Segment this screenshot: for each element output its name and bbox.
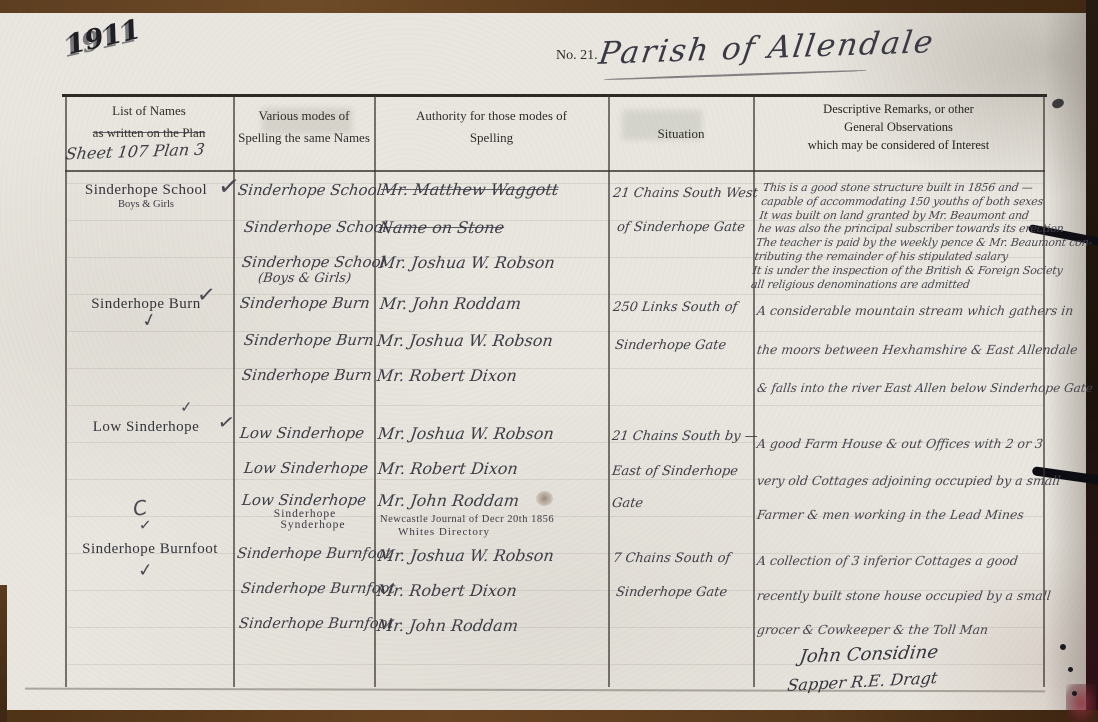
tick-mark: ✓ [138,516,152,535]
ink-dot-3 [1072,691,1077,696]
remark-line: It was built on land granted by Mr. Beau… [759,209,1091,223]
remark-line: the moors between Hexhamshire & East All… [756,342,1078,357]
spelling-variant: Sinderhope School [237,181,383,199]
situation-line: 21 Chains South by — [611,429,759,444]
authority-name: Mr. Matthew Waggott [380,180,560,199]
remark-line: very old Cottages adjoining occupied by … [756,473,1061,488]
column-header-remarks: Descriptive Remarks, or other General Ob… [755,102,1042,153]
entry-name: Sinderhope School [66,182,226,199]
situation-line: Sinderhope Gate [614,338,727,353]
remark-line: A good Farm House & out Offices with 2 o… [756,436,1044,451]
situation-line: Gate [611,496,644,511]
authority-name: Name on Stone [378,218,505,237]
spelling-variant: Sinderhope Burn [243,331,375,349]
tick-mark: ✓ [137,559,154,581]
tick-mark: ✓ [179,398,193,417]
remark-line: all religious denominations are admitted [750,278,1082,292]
column-header-authority-line1: Authority for those modes of [376,108,607,124]
spelling-note: (Boys & Girls) [257,271,352,286]
spelling-print-variant: Synderhope [246,519,380,531]
tick-mark: ✓ [196,282,217,309]
authority-name: Mr. Joshua W. Robson [377,546,555,565]
ink-dot-2 [1068,667,1073,672]
remark-line: grocer & Cowkeeper & the Toll Man [756,622,989,637]
column-header-names: List of Names as written on the Plan [66,103,232,141]
spelling-variant: Sinderhope Burn [241,366,373,384]
column-header-names-line1: List of Names [66,103,232,119]
column-header-remarks-line2: General Observations [755,120,1042,135]
spelling-variant: Sinderhope School [243,218,389,236]
column-header-remarks-line3: which may be considered of Interest [755,138,1042,153]
table-header-bottom-border [65,170,1045,172]
authority-print-source: Newcastle Journal of Decr 20th 1856 [380,514,554,525]
parish-title: Parish of Allendale [597,24,937,72]
situation-line: Sinderhope Gate [615,585,728,600]
page-number-label: No. 21. [556,48,598,64]
column-header-names-line2: as written on the Plan [66,125,232,141]
authority-name: Mr. John Roddam [377,491,520,510]
authority-name: Mr. Robert Dixon [376,581,518,600]
remarks-block: This is a good stone structure built in … [750,181,1094,291]
spelling-variant: Low Sinderhope [239,424,365,442]
book-edge-right [1086,0,1098,722]
authority-print-source: Whites Directory [398,526,490,538]
page-edge-right-mottle [1044,13,1086,713]
spelling-variant: Sinderhope School [241,253,387,271]
situation-line: East of Sinderhope [611,464,739,479]
remark-line: It is under the inspection of the Britis… [752,264,1084,278]
remark-line: tributing the remainder of his stipulate… [754,250,1086,264]
situation-line: of Sinderhope Gate [616,220,746,235]
scanned-name-book-page: 1911 No. 21. Parish of Allendale List of… [0,0,1098,722]
authority-name: Mr. John Roddam [379,294,522,313]
book-edge-left-lower [0,585,7,722]
column-header-spelling: Various modes of Spelling the same Names [235,108,373,146]
remark-line: capable of accommodating 150 youths of b… [760,195,1092,209]
corner-stain-bottom-right [1066,684,1096,722]
situation-line: 250 Links South of [612,300,738,315]
spelling-variant: Sinderhope Burnfoot [238,616,394,632]
remark-line: The teacher is paid by the weekly pence … [755,236,1087,250]
entry-name: Sinderhope Burnfoot [66,541,234,558]
spelling-variant: Sinderhope Burnfoot [236,546,392,562]
column-header-spelling-line1: Various modes of [235,108,373,124]
column-header-authority-line2: Spelling [376,130,607,146]
authority-name: Mr. John Roddam [376,616,519,635]
authority-name: Mr. Joshua W. Robson [378,253,556,272]
authority-name: Mr. Robert Dixon [377,459,519,478]
remark-line: Farmer & men working in the Lead Mines [756,507,1025,522]
situation-line: 21 Chains South West [612,186,759,201]
column-header-situation: Situation [610,126,752,142]
column-header-remarks-line1: Descriptive Remarks, or other [755,102,1042,117]
spelling-variant: Sinderhope Burnfoot [240,581,396,597]
remark-line: A collection of 3 inferior Cottages a go… [756,553,1019,568]
column-header-authority: Authority for those modes of Spelling [376,108,607,146]
ink-dot-1 [1060,644,1066,650]
parish-title-underline [604,69,866,80]
remark-line: recently built stone house occupied by a… [756,588,1052,603]
remark-line: & falls into the river East Allen below … [756,381,1094,395]
spelling-variant: Low Sinderhope [243,459,369,477]
table-top-border [62,94,1047,97]
date-stamp-1911: 1911 [63,14,143,61]
entry-name-sub: Boys & Girls [66,199,226,210]
authority-name: Mr. Joshua W. Robson [377,424,555,443]
remark-line: he was also the principal subscriber tow… [757,222,1089,236]
authority-name: Mr. Robert Dixon [376,366,518,385]
entry-name: Low Sinderhope [66,419,226,436]
remark-line: A considerable mountain stream which gat… [756,303,1074,318]
spelling-variant: Sinderhope Burn [239,294,371,312]
column-header-spelling-line2: Spelling the same Names [235,130,373,146]
remark-line: This is a good stone structure built in … [762,181,1094,195]
book-edge-bottom [0,710,1098,722]
spelling-variant: Low Sinderhope [241,491,367,509]
book-edge-top [0,0,1098,13]
sheet-plan-note: Sheet 107 Plan 3 [64,140,205,164]
authority-name: Mr. Joshua W. Robson [376,331,554,350]
situation-line: 7 Chains South of [612,551,731,566]
